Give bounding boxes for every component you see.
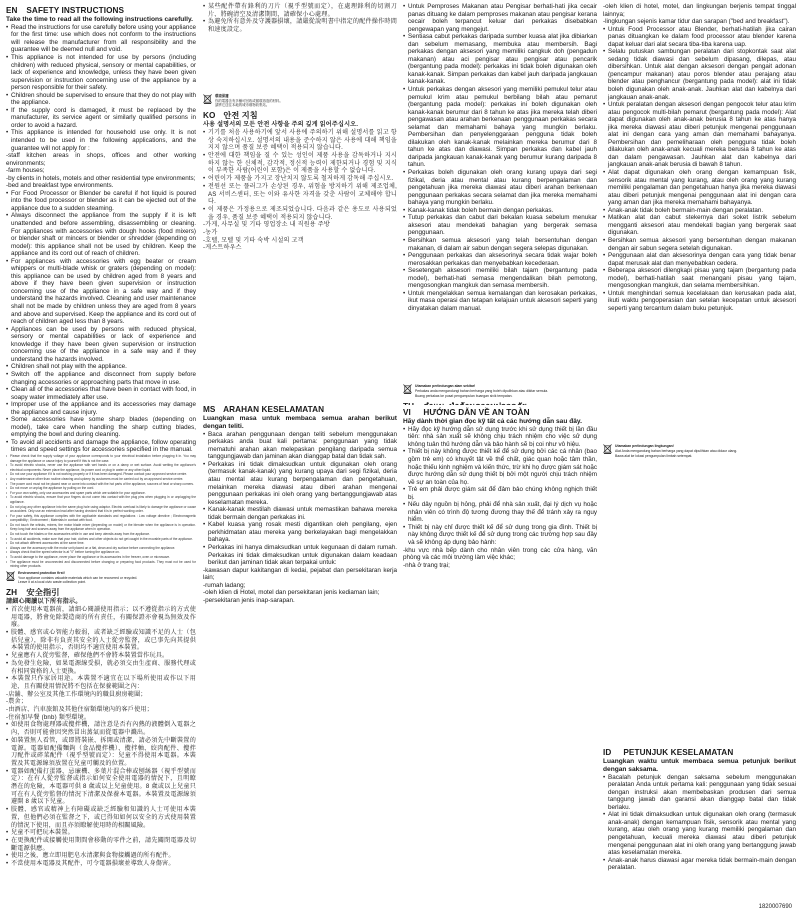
list-item: Untuk Pemproses Makanan atau Pengisar be… bbox=[403, 3, 597, 33]
list-item: Anak-anak tidak boleh bermain-main denga… bbox=[603, 207, 796, 215]
list-item: Hãy đọc kỹ hướng dẫn sử dụng trước khi s… bbox=[403, 426, 597, 449]
dash-item: -staff kitchen areas in shops, offices a… bbox=[6, 152, 196, 167]
list-item: Bacalah petunjuk dengan saksama sebelum … bbox=[603, 774, 796, 812]
ko-fine-print bbox=[203, 252, 397, 402]
list-item: Always disconnect the appliance from the… bbox=[6, 212, 196, 257]
list-item: Switch off the appliance and disconnect … bbox=[6, 371, 196, 386]
id-fine-print bbox=[603, 312, 796, 442]
list-item: For Food Processor or Blender be careful… bbox=[6, 190, 196, 213]
list-item: Selalu putuskan sambungan peralatan dari… bbox=[603, 48, 796, 101]
list-item: If the supply cord is damaged, it must b… bbox=[6, 107, 196, 130]
list-item: 肢體、感官或心智能力較弱，或者缺乏經驗或知識不足的人士（包括兒童），除非有負責其… bbox=[6, 629, 196, 652]
list-item: 肢體、感官或精神上有障礙或缺乏經驗和知識的人士可使用本裝置，但他們必須在監督之下… bbox=[6, 806, 196, 829]
list-item: Children shall not play with the applian… bbox=[6, 363, 196, 371]
list-item: Sentiasa cabut perkakas daripada sumber … bbox=[403, 33, 597, 86]
list-item: Alat dapat digunakan oleh orang dengan k… bbox=[603, 169, 796, 207]
list-item: Thiết bị này chỉ được thiết kế để sử dụn… bbox=[403, 524, 597, 547]
dash-item: -oleh klien di Hotel, motel dan persekit… bbox=[203, 589, 397, 597]
list-item: Tutup perkakas dan cabut dari bekalan ku… bbox=[403, 214, 597, 237]
column-2: 某些配件帶有鋒利的刀片（視乎型號而定），在處理鋒利的切割刀片、將碗清空及清潔期間… bbox=[203, 3, 397, 604]
list-item: Kanak-kanak tidak boleh bermain dengan p… bbox=[403, 207, 597, 215]
list-item: Perkakas ini hanya dimaksudkan untuk keg… bbox=[203, 544, 397, 567]
list-item: Appliances can be used by persons with r… bbox=[6, 326, 196, 364]
list-item: 某些配件帶有鋒利的刀片（視乎型號而定），在處理鋒利的切割刀片、將碗清空及清潔期間… bbox=[203, 3, 397, 18]
section-intro-en: Take the time to read all the following … bbox=[6, 16, 196, 24]
dash-item: -persekitaran jenis inap-sarapan. bbox=[203, 597, 397, 605]
zh-items-continued: 某些配件帶有鋒利的刀片（視乎型號而定），在處理鋒利的切割刀片、將碗清空及清潔期間… bbox=[203, 3, 397, 34]
section-intro-vi: Hãy dành thời gian đọc kỹ tất cả các hướ… bbox=[403, 418, 597, 426]
list-item: Untuk perkakas dengan aksesori yang memi… bbox=[403, 86, 597, 169]
ms-items-continued: Untuk Pemproses Makanan atau Pengisar be… bbox=[403, 3, 597, 312]
list-item: 在更換配件或接觸使用期間會移動的零件之前，請先關閉電器及切斷電源供應。 bbox=[6, 837, 196, 852]
dash-item: -oleh klien di hotel, motel, dan lingkun… bbox=[603, 3, 796, 18]
environment-notice-en: Environment protection first! Your appli… bbox=[6, 571, 196, 585]
zh-fine-print bbox=[203, 34, 397, 92]
crossed-bin-icon bbox=[6, 571, 15, 581]
list-item: 兒童不可把玩本裝置。 bbox=[6, 829, 196, 837]
dash-item: -店舖、辦公室及其他工作環境內的職員廚房範圍； bbox=[6, 691, 196, 699]
section-intro-id: Luangkan waktu untuk membaca semua petun… bbox=[603, 758, 796, 774]
list-item: Baca arahan penggunaan dengan teliti seb… bbox=[203, 431, 397, 461]
list-item: Nếu dây nguồn bị hỏng, phải để nhà sản x… bbox=[403, 501, 597, 524]
list-item: 기기를 처음 사용하기에 앞서 사용에 주의하기 위해 설명서를 읽고 항상 숙… bbox=[203, 129, 397, 152]
list-item: Improper use of the appliance and its ac… bbox=[6, 401, 196, 416]
list-item: Bersihkan semua aksesori yang bersentuha… bbox=[603, 237, 796, 252]
dash-item: -由酒店、汽車旅館及其他住宿類環境內的客戶使用； bbox=[6, 706, 196, 714]
list-item: Penggunaan alat dan aksesorinya dengan c… bbox=[603, 252, 796, 267]
dash-item: -farm houses; bbox=[6, 167, 196, 175]
section-intro-ko: 사용 설명서의 모든 안전 사항을 주의 깊게 읽어주십시오. bbox=[203, 121, 397, 129]
dash-item: -農舍； bbox=[6, 698, 196, 706]
list-item: Clean all of the accessories that have b… bbox=[6, 386, 196, 401]
dash-item: -nhà ở trang trại; bbox=[403, 562, 597, 570]
list-item: Thiết bị này không được thiết kế để sử d… bbox=[403, 448, 597, 486]
dash-item: -lingkungan sejenis kamar tidur dan sara… bbox=[603, 18, 796, 26]
list-item: Some accessories have some sharp blades … bbox=[6, 416, 196, 439]
dash-item: -bed and breakfast type environments. bbox=[6, 182, 196, 190]
en-items: Read the instructions for use carefully … bbox=[6, 24, 196, 454]
column-1: EN SAFETY INSTRUCTIONS Take the time to … bbox=[6, 3, 196, 868]
environment-notice-zh: 環境保護 你的電器含有多種可回收或循環再造的材料。 請將它送往本地的城市廢物收集… bbox=[203, 94, 397, 108]
section-heading-ms: MS ARAHAN KESELAMATAN bbox=[203, 405, 397, 415]
list-item: 兒童應有人從旁監督，確保他們不會將本裝置當作玩具。 bbox=[6, 652, 196, 660]
list-item: Read the instructions for use carefully … bbox=[6, 24, 196, 54]
list-item: Trẻ em phải được giám sát để đảm bảo chú… bbox=[403, 486, 597, 501]
list-item: Perkakas ini tidak dimaksudkan untuk dig… bbox=[203, 461, 397, 506]
list-item: 為免發生危險，如果電源線受損，就必須交由生產商、服務代理或有相同資格的人士更換。 bbox=[6, 660, 196, 675]
list-item: Penggunaan perkakas dan aksesorinya seca… bbox=[403, 252, 597, 267]
list-item: Beberapa aksesori dilengkapi pisau yang … bbox=[603, 267, 796, 290]
zh-items: 首次使用本電器前，請細心閱讀使用指示；以不遵從指示的方式使用電器，將會免除製造商… bbox=[6, 606, 196, 868]
section-heading-ko: KO 안전 지침 bbox=[203, 111, 397, 121]
list-item: Matikan alat dan cabut stekernya dari so… bbox=[603, 214, 796, 237]
list-item: For appliances with accessories with egg… bbox=[6, 258, 196, 326]
list-item: Anak-anak harus diawasi agar mereka tida… bbox=[603, 857, 796, 872]
list-item: 안전에 대한 책임을 질 수 있는 성인이 제품 사용을 감독하거나 지시하지 … bbox=[203, 152, 397, 175]
list-item: 如使用食物處理器或攪拌機，請注意是否有內熱的液體倒入電器之內，否則可能會因突然冒… bbox=[6, 721, 196, 736]
crossed-bin-icon bbox=[603, 444, 612, 454]
catalog-number: 1820007690 bbox=[759, 904, 792, 910]
section-intro-zh: 請細心閱讀以下所有指示。 bbox=[6, 598, 196, 606]
ms-fine-print bbox=[403, 312, 597, 382]
list-item: Kabel kuasa yang rosak mesti digantikan … bbox=[203, 521, 397, 544]
list-item: Untuk Food Processor atau Blender, berha… bbox=[603, 26, 796, 49]
environment-notice-ms: Utamakan perlindungan alam sekitar! Perk… bbox=[403, 384, 597, 398]
dash-item: -가게, 사무실 및 기타 영업장소 내 직원용 주방 bbox=[203, 221, 397, 229]
list-item: 為避免所有意外及守護器損壞，請嚴從說明書中指定的配件操作時間和速度設定。 bbox=[203, 18, 397, 33]
dash-item: -kawasan dapur kakitangan di kedai, peja… bbox=[203, 567, 397, 582]
list-item: 不當使用本電器及其配件，可令電器損壞並導致人身傷害。 bbox=[6, 860, 196, 868]
list-item: This appliance is intended for household… bbox=[6, 129, 196, 152]
list-item: Untuk peralatan dengan aksesori dengan p… bbox=[603, 101, 796, 169]
list-item: 電器如配備打蛋器、忌廉機、多葉片混合棒或刨絲器（視乎型號而定）：在有人從旁監督或… bbox=[6, 768, 196, 807]
environment-notice-id: Utamakan perlindungan lingkungan! Alat A… bbox=[603, 444, 796, 458]
section-heading-en: EN SAFETY INSTRUCTIONS bbox=[6, 6, 196, 16]
column-4-lower: ID PETUNJUK KESELAMATAN Luangkan waktu u… bbox=[603, 745, 796, 872]
section-heading-vi: VI HƯỚNG DẪN VỀ AN TOÀN bbox=[403, 408, 597, 418]
list-item: 首次使用本電器前，請細心閱讀使用指示；以不遵從指示的方式使用電器，將會免除製造商… bbox=[6, 606, 196, 629]
list-item: 어린이가 제품을 가지고 장난치지 않도록 철저하게 감독해 주십시오. bbox=[203, 175, 397, 183]
list-item: 如裝置無人看管，或即將裝嵌、拆開或清潔，請必須先中斷裝置的電源。電器如配備麵鉤（… bbox=[6, 737, 196, 768]
list-item: Bersihkan semua aksesori yang telah bers… bbox=[403, 237, 597, 252]
list-item: Sesetengah aksesori memiliki bilah tajam… bbox=[403, 267, 597, 290]
list-item: 使用之後，應立即用肥皂水清潔與食物接觸過的所有配件。 bbox=[6, 852, 196, 860]
en-fine-print: Please check that the supply voltage of … bbox=[6, 454, 196, 569]
list-item: 本裝置只作家居用途。本裝置不適宜在以下場所使用或作以下用途，且有關使用情況將不包… bbox=[6, 675, 196, 690]
id-items: Bacalah petunjuk dengan saksama sebelum … bbox=[603, 774, 796, 872]
list-item: This appliance is not intended for use b… bbox=[6, 54, 196, 92]
vi-items: Hãy đọc kỹ hướng dẫn sử dụng trước khi s… bbox=[403, 426, 597, 569]
list-item: Kanak-kanak mestilah diawasi untuk memas… bbox=[203, 506, 397, 521]
column-3-lower: VI HƯỚNG DẪN VỀ AN TOÀN Hãy dành thời gi… bbox=[403, 405, 597, 569]
section-heading-zh: ZH 安全指引 bbox=[6, 588, 196, 598]
list-item: Untuk menghindari semua kecelakaan dan k… bbox=[603, 290, 796, 313]
dash-item: -농가 bbox=[203, 229, 397, 237]
list-item: 이 제품은 가정용으로 제조되었습니다. 다음과 같은 용도로 사용되었을 경우… bbox=[203, 206, 397, 221]
list-item: Untuk mengelakkan semua kemalangan dan k… bbox=[403, 290, 597, 313]
list-item: Alat ini tidak dimaksudkan untuk digunak… bbox=[603, 811, 796, 856]
section-heading-id: ID PETUNJUK KESELAMATAN bbox=[603, 748, 796, 758]
dash-item: -khu vực nhà bếp dành cho nhân viên tron… bbox=[403, 547, 597, 562]
column-4: -oleh klien di hotel, motel, dan lingkun… bbox=[603, 3, 796, 462]
ms-items: Baca arahan penggunaan dengan teliti seb… bbox=[203, 431, 397, 605]
dash-item: -by clients in hotels, motels and other … bbox=[6, 175, 196, 183]
list-item: Children should be supervised to ensure … bbox=[6, 92, 196, 107]
list-item: Perkakas boleh digunakan oleh orang kura… bbox=[403, 169, 597, 207]
list-item: 전원선 또는 플러그가 손상된 경우, 위험을 방지하기 위해 제조업체, AS… bbox=[203, 183, 397, 206]
list-item: To avoid all accidents and damage the ap… bbox=[6, 439, 196, 454]
crossed-bin-icon bbox=[403, 384, 412, 394]
ko-items: 기기를 처음 사용하기에 앞서 사용에 주의하기 위해 설명서를 읽고 항상 숙… bbox=[203, 129, 397, 252]
section-intro-ms: Luangkan masa untuk membaca semua arahan… bbox=[203, 415, 397, 431]
crossed-bin-icon bbox=[203, 94, 212, 104]
dash-item: -rumah ladang; bbox=[203, 582, 397, 590]
dash-item: -게스트하우스 bbox=[203, 244, 397, 252]
